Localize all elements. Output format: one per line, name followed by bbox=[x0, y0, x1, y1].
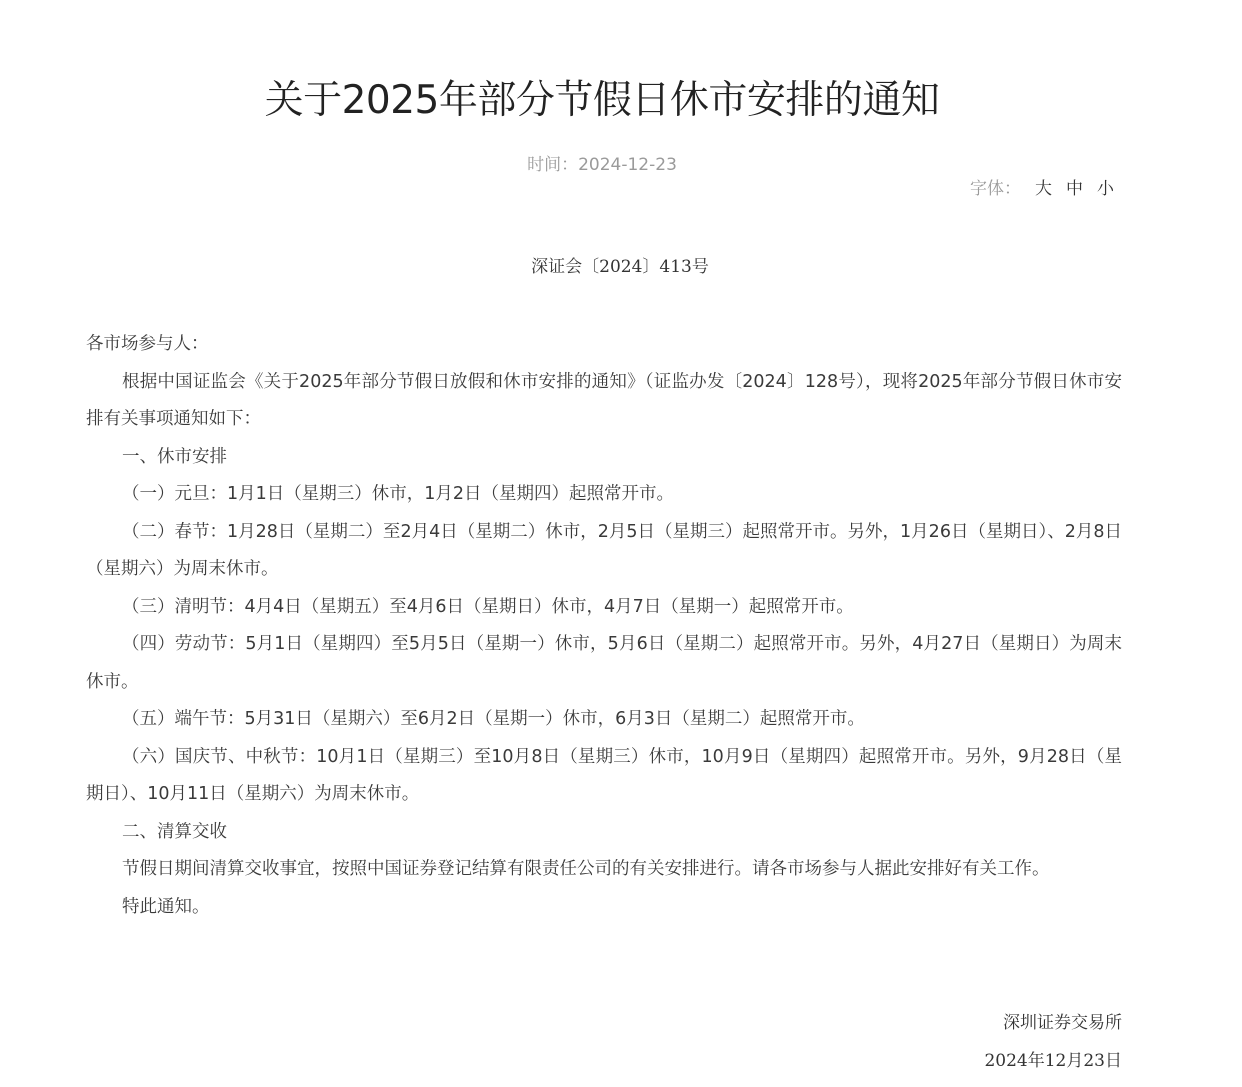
closure-item-dragon-boat: （五）端午节：5月31日（星期六）至6月2日（星期一）休市，6月3日（星期二）起… bbox=[86, 701, 1122, 739]
font-size-switcher: 字体： 大 中 小 bbox=[970, 177, 1114, 201]
font-size-medium-button[interactable]: 中 bbox=[1066, 177, 1083, 201]
signature-block: 深圳证券交易所 2024年12月23日 bbox=[984, 1005, 1122, 1080]
closure-item-national-day: （六）国庆节、中秋节：10月1日（星期三）至10月8日（星期三）休市，10月9日… bbox=[86, 739, 1122, 814]
intro-paragraph: 根据中国证监会《关于2025年部分节假日放假和休市安排的通知》（证监办发〔202… bbox=[86, 364, 1122, 439]
publish-time: 时间：2024-12-23 bbox=[0, 153, 1204, 177]
issue-date: 2024年12月23日 bbox=[984, 1043, 1122, 1081]
settlement-paragraph: 节假日期间清算交收事宜，按照中国证券登记结算有限责任公司的有关安排进行。请各市场… bbox=[86, 851, 1122, 889]
document-number: 深证会〔2024〕413号 bbox=[0, 255, 1240, 279]
section-heading-settlement: 二、清算交收 bbox=[86, 814, 1122, 852]
document-body: 各市场参与人： 根据中国证监会《关于2025年部分节假日放假和休市安排的通知》（… bbox=[86, 326, 1122, 926]
page-title: 关于2025年部分节假日休市安排的通知 bbox=[0, 76, 1204, 126]
closure-item-labor-day: （四）劳动节：5月1日（星期四）至5月5日（星期一）休市，5月6日（星期二）起照… bbox=[86, 626, 1122, 701]
font-size-label: 字体： bbox=[970, 177, 1021, 201]
closure-item-spring-festival: （二）春节：1月28日（星期二）至2月4日（星期二）休市，2月5日（星期三）起照… bbox=[86, 514, 1122, 589]
closing-line: 特此通知。 bbox=[86, 889, 1122, 927]
font-size-large-button[interactable]: 大 bbox=[1035, 177, 1052, 201]
issuer-name: 深圳证券交易所 bbox=[984, 1005, 1122, 1043]
closure-item-new-year: （一）元旦：1月1日（星期三）休市，1月2日（星期四）起照常开市。 bbox=[86, 476, 1122, 514]
section-heading-closure: 一、休市安排 bbox=[86, 439, 1122, 477]
closure-item-qingming: （三）清明节：4月4日（星期五）至4月6日（星期日）休市，4月7日（星期一）起照… bbox=[86, 589, 1122, 627]
salutation: 各市场参与人： bbox=[86, 326, 1122, 364]
font-size-small-button[interactable]: 小 bbox=[1097, 177, 1114, 201]
